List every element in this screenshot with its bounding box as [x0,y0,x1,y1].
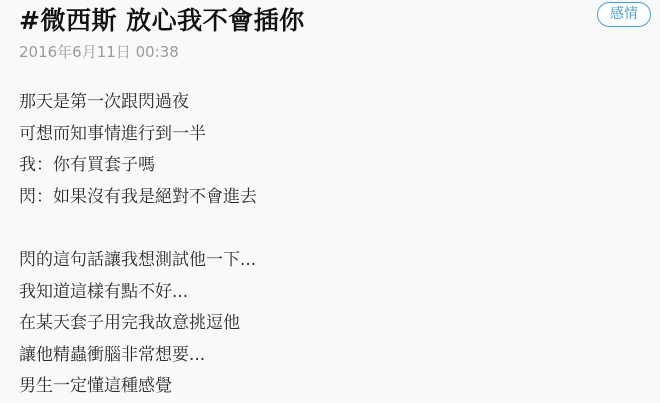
post-timestamp: 2016年6月11日 00:38 [19,42,179,62]
body-line: 讓他精蟲衝腦非常想要... [19,340,257,372]
body-line: 閃的這句話讓我想測試他一下... [19,245,257,277]
category-badge[interactable]: 感情 [597,2,651,27]
post-page: #微西斯 放心我不會插你 2016年6月11日 00:38 感情 那天是第一次跟… [0,0,660,403]
body-line: 男生一定懂這種感覺 [19,371,257,403]
body-line: 閃：如果沒有我是絕對不會進去 [19,182,257,214]
paragraph: 那天是第一次跟閃過夜 可想而知事情進行到一半 我：你有買套子嗎 閃：如果沒有我是… [19,87,257,213]
body-line: 我：你有買套子嗎 [19,150,257,182]
body-line: 我知道這樣有點不好... [19,277,257,309]
post-title: #微西斯 放心我不會插你 [19,4,305,38]
body-line: 在某天套子用完我故意挑逗他 [19,308,257,340]
post-body: 那天是第一次跟閃過夜 可想而知事情進行到一半 我：你有買套子嗎 閃：如果沒有我是… [19,87,257,403]
paragraph: 閃的這句話讓我想測試他一下... 我知道這樣有點不好... 在某天套子用完我故意… [19,245,257,403]
body-line: 可想而知事情進行到一半 [19,119,257,151]
paragraph-spacer [19,213,257,245]
body-line: 那天是第一次跟閃過夜 [19,87,257,119]
